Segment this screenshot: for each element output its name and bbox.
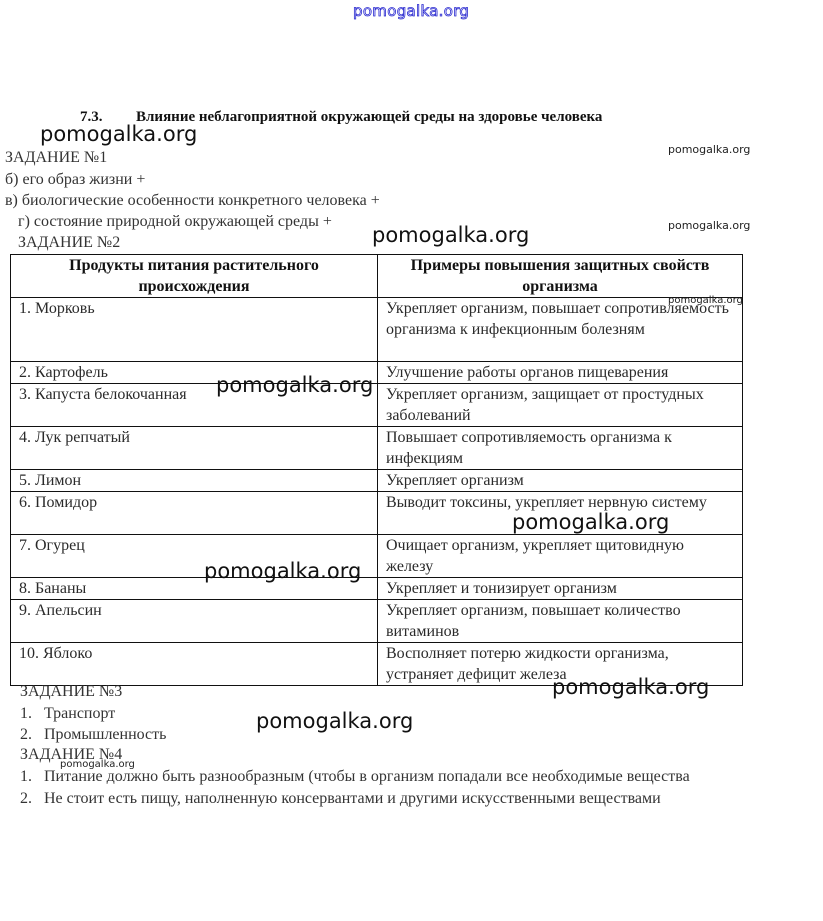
item-text: Не стоит есть пищу, наполненную консерва… — [44, 790, 661, 807]
item-text: Промышленность — [44, 726, 166, 743]
section-title: Влияние неблагоприятной окружающей среды… — [136, 109, 602, 125]
task1-item: б) его образ жизни + — [5, 171, 145, 189]
table-header: Примеры повышения защитных свойств орган… — [378, 255, 743, 298]
product-cell: 4. Лук репчатый — [11, 427, 378, 470]
products-table: Продукты питания растительного происхожд… — [10, 254, 743, 686]
item-number: 2. — [20, 726, 44, 744]
watermark: pomogalka.org — [256, 709, 413, 733]
table-header: Продукты питания растительного происхожд… — [11, 255, 378, 298]
product-cell: 1. Морковь — [11, 298, 378, 362]
table-row: 3. Капуста белокочанная Укрепляет органи… — [11, 384, 743, 427]
effect-cell: Укрепляет организм — [378, 470, 743, 492]
table-row: 8. Бананы Укрепляет и тонизирует организ… — [11, 578, 743, 600]
item-text: Питание должно быть разнообразным (чтобы… — [44, 768, 690, 785]
product-cell: 6. Помидор — [11, 492, 378, 535]
product-cell: 5. Лимон — [11, 470, 378, 492]
watermark: pomogalka.org — [372, 223, 529, 247]
watermark: pomogalka.org — [552, 675, 709, 699]
effect-cell: Укрепляет организм, повышает количество … — [378, 600, 743, 643]
effect-cell: Повышает сопротивляемость организма к ин… — [378, 427, 743, 470]
watermark: pomogalka.org — [512, 510, 669, 534]
effect-cell: Укрепляет и тонизирует организм — [378, 578, 743, 600]
task1-title: ЗАДАНИЕ №1 — [5, 149, 107, 167]
task4-title: ЗАДАНИЕ №4 — [20, 746, 122, 764]
watermark: pomogalka.org — [40, 122, 197, 146]
item-text: Транспорт — [44, 705, 115, 722]
task4-item: 2.Не стоит есть пищу, наполненную консер… — [20, 790, 661, 808]
table-row: 5. Лимон Укрепляет организм — [11, 470, 743, 492]
watermark: pomogalka.org — [668, 219, 750, 232]
product-cell: 9. Апельсин — [11, 600, 378, 643]
table-row: 2. Картофель Улучшение работы органов пи… — [11, 362, 743, 384]
watermark: pomogalka.org — [216, 373, 373, 397]
effect-cell: Очищает организм, укрепляет щитовидную ж… — [378, 535, 743, 578]
effect-cell: Укрепляет организм, защищает от простудн… — [378, 384, 743, 427]
task3-item: 2.Промышленность — [20, 726, 166, 744]
watermark-top: pomogalka.org — [353, 2, 469, 20]
task4-item: 1.Питание должно быть разнообразным (что… — [20, 768, 690, 786]
table-row: 1. Морковь Укрепляет организм, повышает … — [11, 298, 743, 362]
table-row: 9. Апельсин Укрепляет организм, повышает… — [11, 600, 743, 643]
task1-item: в) биологические особенности конкретного… — [5, 192, 380, 210]
task3-item: 1.Транспорт — [20, 705, 115, 723]
table-row: 4. Лук репчатый Повышает сопротивляемост… — [11, 427, 743, 470]
watermark: pomogalka.org — [668, 295, 743, 306]
task2-title: ЗАДАНИЕ №2 — [18, 234, 120, 252]
item-number: 1. — [20, 768, 44, 786]
watermark: pomogalka.org — [204, 559, 361, 583]
table-row: 7. Огурец Очищает организм, укрепляет щи… — [11, 535, 743, 578]
task3-title: ЗАДАНИЕ №3 — [20, 683, 122, 701]
item-number: 1. — [20, 705, 44, 723]
task1-item: г) состояние природной окружающей среды … — [18, 213, 332, 231]
table-header-row: Продукты питания растительного происхожд… — [11, 255, 743, 298]
product-cell: 10. Яблоко — [11, 643, 378, 686]
effect-cell: Улучшение работы органов пищеварения — [378, 362, 743, 384]
item-number: 2. — [20, 790, 44, 808]
effect-cell: Укрепляет организм, повышает сопротивляе… — [378, 298, 743, 362]
watermark: pomogalka.org — [668, 143, 750, 156]
